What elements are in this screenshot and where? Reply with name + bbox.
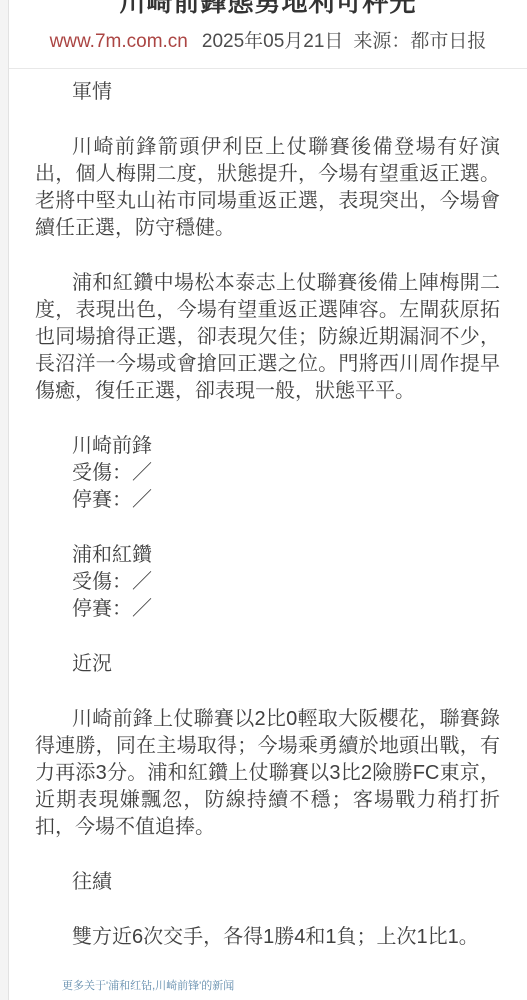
intel-paragraph-home: 川崎前鋒箭頭伊利臣上仗聯賽後備登場有好演出，個人梅開二度，狀態提升，今場有望重返… xyxy=(35,134,500,242)
section-heading-intel: 軍情 xyxy=(35,79,500,106)
team-suspension-line: 停賽：／ xyxy=(72,487,500,514)
h2h-line: 雙方近6次交手，各得1勝4和1負；上次1比1。 xyxy=(35,924,500,951)
page-title: 川崎前鋒態勇地利可秤先 xyxy=(9,0,527,17)
article-body: 軍情 川崎前鋒箭頭伊利臣上仗聯賽後備登場有好演出，個人梅開二度，狀態提升，今場有… xyxy=(9,79,527,993)
team-injury-line: 受傷：／ xyxy=(72,460,500,487)
section-heading-form: 近況 xyxy=(35,651,500,678)
article-date: 2025年05月21日 xyxy=(202,31,344,52)
team-suspension-line: 停賽：／ xyxy=(72,596,500,623)
section-heading-h2h: 往績 xyxy=(35,869,500,896)
article-page: 川崎前鋒態勇地利可秤先 www.7m.com.cn2025年05月21日来源：都… xyxy=(9,0,527,993)
site-link[interactable]: www.7m.com.cn xyxy=(50,31,188,52)
team-status-away: 浦和紅鑽 受傷：／ 停賽：／ xyxy=(35,542,500,623)
more-news-link[interactable]: 更多关于'浦和红钻,川崎前锋'的新闻 xyxy=(35,979,500,993)
team-injury-line: 受傷：／ xyxy=(72,569,500,596)
team-name: 川崎前鋒 xyxy=(72,433,500,460)
form-paragraph: 川崎前鋒上仗聯賽以2比0輕取大阪櫻花，聯賽錄得連勝，同在主場取得；今場乘勇續於地… xyxy=(35,706,500,841)
article-source: 来源：都市日报 xyxy=(353,31,486,52)
intel-paragraph-away: 浦和紅鑽中場松本泰志上仗聯賽後備上陣梅開二度，表現出色，今場有望重返正選陣容。左… xyxy=(35,270,500,405)
meta-divider xyxy=(9,68,527,69)
article-meta: www.7m.com.cn2025年05月21日来源：都市日报 xyxy=(9,29,527,55)
team-status-home: 川崎前鋒 受傷：／ 停賽：／ xyxy=(35,433,500,514)
team-name: 浦和紅鑽 xyxy=(72,542,500,569)
page-left-edge xyxy=(0,0,9,1000)
